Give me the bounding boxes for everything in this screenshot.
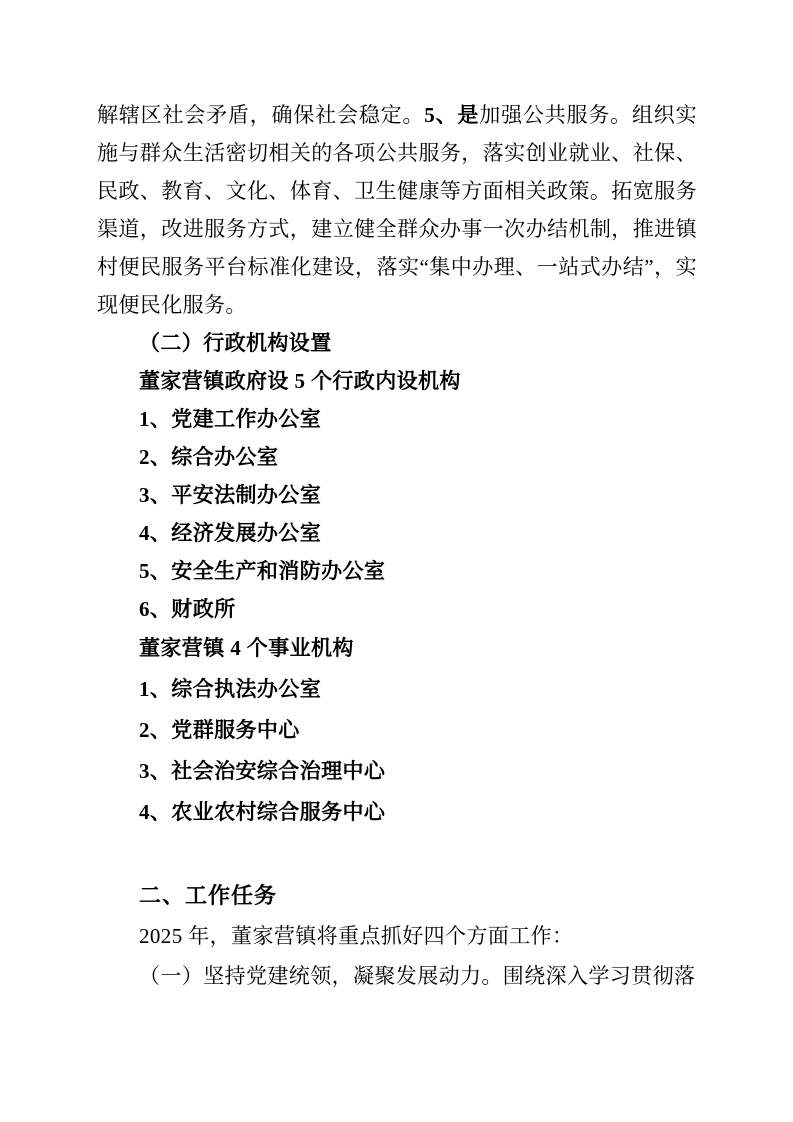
institution-item: 2、党群服务中心: [97, 710, 697, 751]
institution-item: 4、农业农村综合服务中心: [97, 792, 697, 833]
section-heading-admin-structure: （二）行政机构设置: [97, 324, 697, 362]
admin-agencies-subheading: 董家营镇政府设 5 个行政内设机构: [97, 362, 697, 400]
institution-item: 1、综合执法办公室: [97, 669, 697, 710]
section-heading-work-tasks: 二、工作任务: [97, 876, 697, 916]
institution-subheading: 董家营镇 4 个事业机构: [97, 628, 697, 669]
admin-agency-item: 3、平安法制办公室: [97, 476, 697, 514]
admin-agency-item: 5、安全生产和消防办公室: [97, 552, 697, 590]
paragraph-segment: 解辖区社会矛盾，确保社会稳定。: [97, 103, 424, 127]
admin-agency-item: 4、经济发展办公室: [97, 514, 697, 552]
task-item-one-line: （一）坚持党建统领，凝聚发展动力。围绕深入学习贯彻落: [97, 956, 697, 996]
document-page: 解辖区社会矛盾，确保社会稳定。5、是加强公共服务。组织实施与群众生活密切相关的各…: [0, 0, 793, 1122]
admin-agency-item: 1、党建工作办公室: [97, 400, 697, 438]
tasks-intro-line: 2025 年，董家营镇将重点抓好四个方面工作：: [97, 916, 697, 956]
admin-agency-item: 6、财政所: [97, 590, 697, 628]
bold-emphasis-segment: 5、是: [424, 103, 479, 127]
institution-item: 3、社会治安综合治理中心: [97, 751, 697, 792]
admin-agency-item: 2、综合办公室: [97, 438, 697, 476]
paragraph-segment: 加强公共服务。组织实施与群众生活密切相关的各项公共服务，落实创业就业、社保、民政…: [97, 103, 697, 317]
continuation-paragraph: 解辖区社会矛盾，确保社会稳定。5、是加强公共服务。组织实施与群众生活密切相关的各…: [97, 96, 697, 324]
